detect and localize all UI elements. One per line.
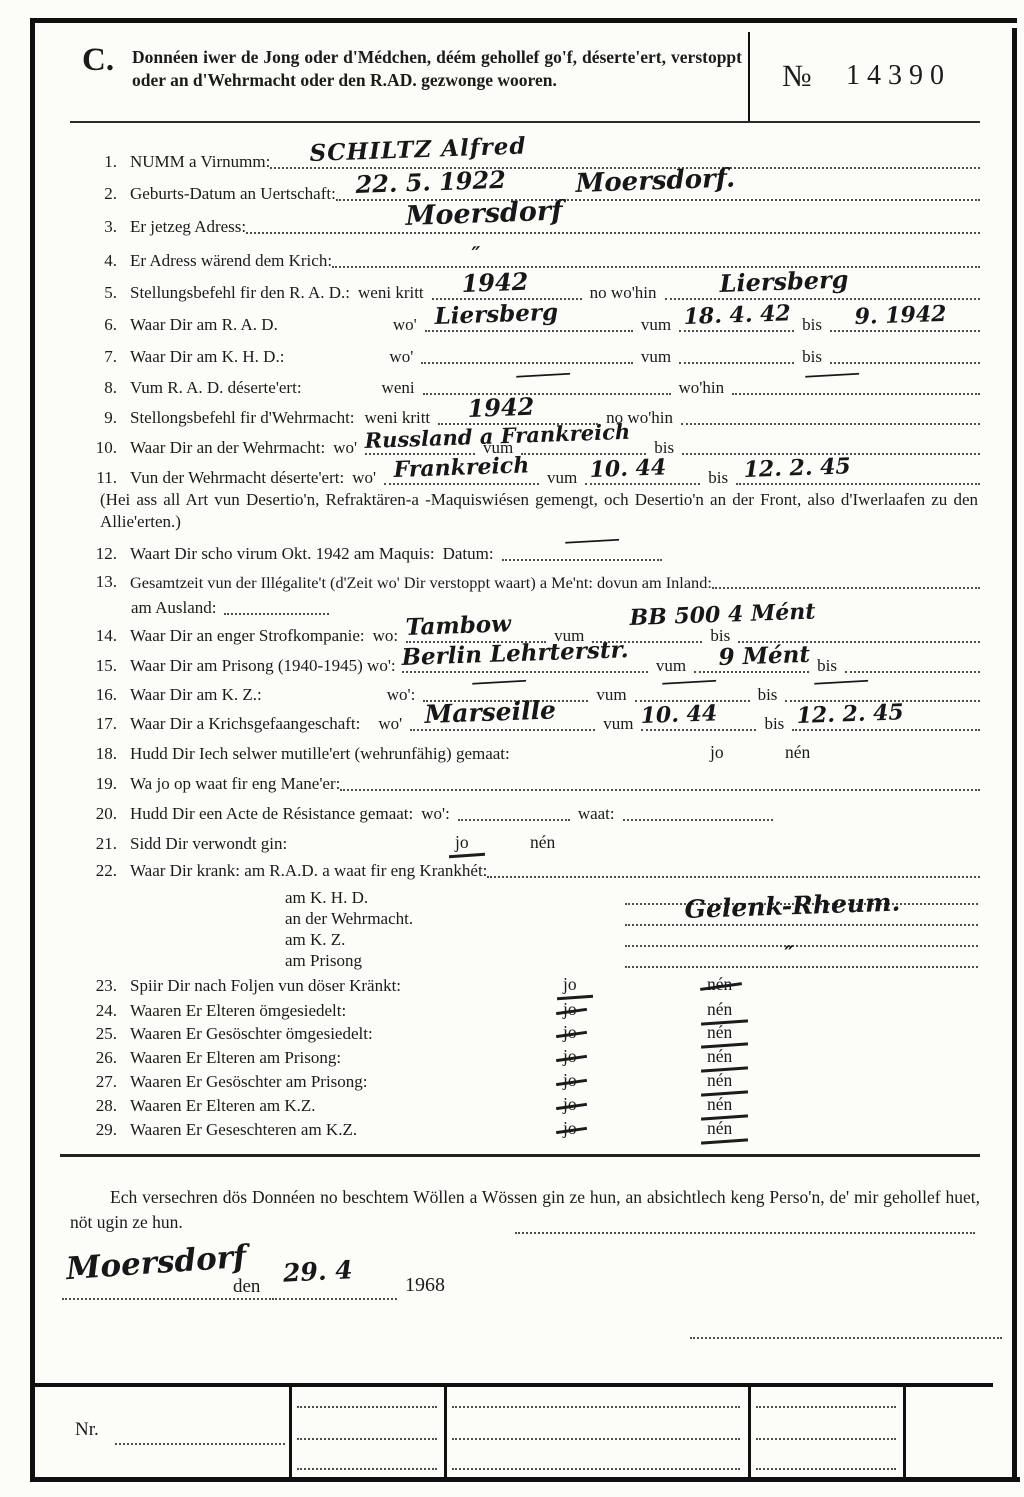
item-label: am Ausland: xyxy=(131,599,216,618)
field-sublabel: weni xyxy=(382,379,415,398)
handwritten-value: Moersdorf. xyxy=(575,165,735,197)
jo-option: jo xyxy=(455,833,469,852)
field-dots xyxy=(521,450,646,455)
frame-top-line xyxy=(30,18,1017,23)
handwritten-value: Frankreich xyxy=(393,454,529,481)
item-label: Waaren Er Elteren am Prisong: xyxy=(130,1049,341,1068)
field-dots xyxy=(712,584,980,589)
table-cell-dotline xyxy=(452,1468,740,1470)
form-title: Donnéen iwer de Jong oder d'Médchen, déé… xyxy=(132,46,742,93)
item-number: 9. xyxy=(85,409,117,428)
field-dots: 10. 44 xyxy=(641,726,756,731)
item-number: 20. xyxy=(85,805,117,824)
field-dots: — xyxy=(502,556,662,561)
item-label: am Prisong xyxy=(285,952,362,971)
handwritten-dash: — xyxy=(807,666,873,696)
field-sublabel: wo': xyxy=(421,805,450,824)
table-cell-dotline xyxy=(297,1406,437,1408)
field-sublabel: vum xyxy=(603,715,633,734)
item-number: 28. xyxy=(85,1097,117,1116)
field-dots: 12. 2. 45 xyxy=(736,480,980,485)
item-number: 12. xyxy=(85,545,117,564)
nen-option: nén xyxy=(707,1095,732,1114)
field-sublabel: wo' xyxy=(393,316,417,335)
form-item-18: 18. Hudd Dir Iech selwer mutille'ert (we… xyxy=(85,740,980,764)
table-cell-dotline xyxy=(756,1438,896,1440)
table-vline-4 xyxy=(903,1385,906,1477)
field-dots: ″ xyxy=(625,963,978,968)
nen-option: nén xyxy=(707,975,732,994)
item-label: Waaren Er Gesöschter am Prisong: xyxy=(130,1073,368,1092)
field-sublabel: vum xyxy=(547,469,577,488)
declaration-dotline xyxy=(515,1232,975,1234)
jo-option: jo xyxy=(563,1095,577,1114)
jo-option: jo xyxy=(563,1119,577,1138)
item-label: Waart Dir scho virum Okt. 1942 am Maquis… xyxy=(130,545,435,564)
form-item-20: 20. Hudd Dir een Acte de Résistance gema… xyxy=(85,800,980,824)
field-dots: ″ xyxy=(332,263,980,268)
form-item-29: 29. Waaren Er Geseschteren am K.Z. jo né… xyxy=(85,1116,980,1140)
item-label: Waar Dir am K. Z.: xyxy=(130,686,262,705)
field-sublabel: wo' xyxy=(378,715,402,734)
item-label: Waar Dir am R. A. D. xyxy=(130,316,278,335)
field-sublabel: vum xyxy=(596,686,626,705)
form-number: 14390 xyxy=(846,60,951,92)
nen-option: nén xyxy=(707,1071,732,1090)
nen-option: nén xyxy=(707,1023,732,1042)
item-label: Waar Dir am K. H. D.: xyxy=(130,348,284,367)
item-number: 21. xyxy=(85,835,117,854)
handwritten-value: 1942 xyxy=(467,395,535,421)
item-label: Waaren Er Elteren am K.Z. xyxy=(130,1097,316,1116)
table-vline-1 xyxy=(289,1385,292,1477)
handwritten-ditto-mark: ″ xyxy=(471,244,481,264)
item-number: 6. xyxy=(85,316,117,335)
field-dots: — xyxy=(423,390,671,395)
handwritten-dash: — xyxy=(656,666,722,696)
handwritten-value: 12. 2. 45 xyxy=(743,455,851,481)
item-number: 16. xyxy=(85,686,117,705)
item-number: 18. xyxy=(85,745,117,764)
field-sublabel: no wo'hin xyxy=(590,284,657,303)
item-label: Waar Dir an enger Strofkompanie: xyxy=(130,627,365,646)
form-item-22-sub-prisong: am Prisong ″ xyxy=(285,947,978,971)
field-sublabel: bis xyxy=(758,686,778,705)
field-dots: Liersberg xyxy=(425,327,633,332)
handwritten-value: 9. 1942 xyxy=(854,303,947,328)
field-sublabel: waat: xyxy=(578,805,615,824)
field-dots: Moersdorf xyxy=(246,229,980,234)
form-item-12: 12. Waart Dir scho virum Okt. 1942 am Ma… xyxy=(85,540,980,564)
item-number: 25. xyxy=(85,1025,117,1044)
declaration-text: Ech versechren dös Donnéen no beschtem W… xyxy=(70,1185,980,1236)
item-label: Waaren Er Gesöschter ömgesiedelt: xyxy=(130,1025,373,1044)
table-cell-dotline xyxy=(297,1468,437,1470)
table-cell-dotline xyxy=(297,1438,437,1440)
jo-option: jo xyxy=(563,975,577,994)
field-dots: 18. 4. 42 xyxy=(679,327,794,332)
handwritten-value: 12. 2. 45 xyxy=(797,701,905,727)
item-label: Stellungsbefehl fir den R. A. D.: xyxy=(130,284,350,303)
frame-right-line xyxy=(1012,28,1017,1482)
jo-option: jo xyxy=(710,743,724,762)
signature-year: 1968 xyxy=(405,1274,445,1296)
field-dots: 12. 2. 45 xyxy=(792,726,980,731)
item-label: Waar Dir krank: am R.A.D. a waat fir eng… xyxy=(130,862,487,881)
item-label: Waar Dir a Krichsgefaangeschaft: xyxy=(130,715,360,734)
table-cell-dotline xyxy=(452,1406,740,1408)
nen-option: nén xyxy=(707,1119,732,1138)
item-number: 15. xyxy=(85,657,117,676)
field-dots xyxy=(487,873,980,878)
field-dots xyxy=(623,816,773,821)
numero-sign: № xyxy=(782,58,812,94)
item-label: Waar Dir am Prisong (1940-1945) wo': xyxy=(130,657,396,676)
jo-option: jo xyxy=(563,1071,577,1090)
item-label: Er jetzeg Adress: xyxy=(130,218,246,237)
field-dots: Frankreich xyxy=(384,480,539,485)
field-dots xyxy=(458,816,570,821)
item-number: 19. xyxy=(85,775,117,794)
field-dots xyxy=(224,610,329,615)
item-label: Gesamtzeit vun der Illégalite't (d'Zeit … xyxy=(130,574,712,592)
item-label: NUMM a Virnumm: xyxy=(130,153,270,172)
jo-option: jo xyxy=(563,1047,577,1066)
form-item-11: 11. Vun der Wehrmacht déserte'ert: wo' F… xyxy=(85,464,980,488)
item-number: 4. xyxy=(85,252,117,271)
handwritten-value-above: BB 500 4 Mént xyxy=(629,601,816,629)
section-separator-line xyxy=(60,1154,980,1157)
item-label: Vum R. A. D. déserte'ert: xyxy=(130,379,302,398)
jo-option: jo xyxy=(563,1023,577,1042)
item-number: 26. xyxy=(85,1049,117,1068)
item-number: 7. xyxy=(85,348,117,367)
form-item-19: 19. Wa jo op waat fir eng Mane'er: xyxy=(85,770,980,794)
field-dots: 10. 44 xyxy=(585,480,700,485)
handwritten-dash: — xyxy=(510,359,576,389)
item-number: 22. xyxy=(85,862,117,881)
form-item-24: 24. Waaren Er Elteren ömgesiedelt: jo né… xyxy=(85,997,980,1021)
item-label: Sidd Dir verwondt gin: xyxy=(130,835,287,854)
item-label: Hudd Dir Iech selwer mutille'ert (wehrun… xyxy=(130,745,510,764)
handwritten-dash: — xyxy=(466,666,532,696)
item-label: Waaren Er Geseschteren am K.Z. xyxy=(130,1121,357,1140)
form-item-26: 26. Waaren Er Elteren am Prisong: jo nén xyxy=(85,1044,980,1068)
handwritten-value: 22. 5. 1922 xyxy=(355,168,506,197)
signature-place: Moersdorf xyxy=(65,1242,247,1286)
item-number: 24. xyxy=(85,1002,117,1021)
item-label: Hudd Dir een Acte de Résistance gemaat: xyxy=(130,805,413,824)
nen-option: nén xyxy=(530,833,555,852)
section-letter: C. xyxy=(82,42,114,79)
header-separator-line xyxy=(70,121,980,123)
signature-place-dotline xyxy=(62,1298,274,1300)
header-divider-line xyxy=(748,32,750,122)
nr-dotline xyxy=(115,1443,285,1445)
field-sublabel: wo' xyxy=(389,348,413,367)
form-item-13b: am Ausland: xyxy=(131,594,381,618)
item-number: 29. xyxy=(85,1121,117,1140)
handwritten-value: Tambow xyxy=(405,612,511,639)
item-label: Vun der Wehrmacht déserte'ert: xyxy=(130,469,344,488)
table-cell-dotline xyxy=(452,1438,740,1440)
date-label: den xyxy=(233,1277,260,1298)
item-number: 14. xyxy=(85,627,117,646)
jo-option: jo xyxy=(563,1000,577,1019)
field-sublabel: wo' xyxy=(333,439,357,458)
field-sublabel: vum xyxy=(641,316,671,335)
field-sublabel: Datum: xyxy=(443,545,494,564)
form-item-1: 1. NUMM a Virnumm: SCHILTZ Alfred xyxy=(85,148,980,172)
field-dots xyxy=(340,786,980,791)
field-sublabel: bis xyxy=(764,715,784,734)
field-dots xyxy=(681,420,980,425)
handwritten-ditto-mark: ″ xyxy=(784,943,794,964)
frame-bottom-line xyxy=(30,1477,1020,1482)
item-label: Spiir Dir nach Foljen vun döser Kränkt: xyxy=(130,977,401,996)
handwritten-dash: — xyxy=(799,359,865,389)
item-number: 17. xyxy=(85,715,117,734)
form-item-25: 25. Waaren Er Gesöschter ömgesiedelt: jo… xyxy=(85,1020,980,1044)
form-item-28: 28. Waaren Er Elteren am K.Z. jo nén xyxy=(85,1092,980,1116)
handwritten-value: 10. 44 xyxy=(641,702,718,727)
item-note: (Hei ass all Art vun Desertio'n, Refrakt… xyxy=(100,489,978,533)
table-vline-3 xyxy=(748,1385,751,1477)
field-dots xyxy=(679,359,794,364)
form-item-22: 22. Waar Dir krank: am R.A.D. a waat fir… xyxy=(85,857,980,881)
item-number: 27. xyxy=(85,1073,117,1092)
form-item-23: 23. Spiir Dir nach Foljen vun döser Krän… xyxy=(85,972,980,996)
field-dots: 1942 xyxy=(432,295,582,300)
item-number: 13. xyxy=(85,573,117,592)
field-sublabel: bis xyxy=(802,316,822,335)
item-label: Wa jo op waat fir eng Mane'er: xyxy=(130,775,340,794)
item-number: 1. xyxy=(85,153,117,172)
handwritten-value: 10. 44 xyxy=(589,456,666,481)
nen-option: nén xyxy=(785,743,810,762)
item-number: 5. xyxy=(85,284,117,303)
table-cell-dotline xyxy=(756,1406,896,1408)
table-cell-dotline xyxy=(756,1468,896,1470)
signature-date-dotline xyxy=(272,1298,397,1300)
item-number: 11. xyxy=(85,469,117,488)
handwritten-value: SCHILTZ Alfred xyxy=(310,134,528,165)
form-item-27: 27. Waaren Er Gesöschter am Prisong: jo … xyxy=(85,1068,980,1092)
handwritten-dash: — xyxy=(558,525,624,555)
item-number: 10. xyxy=(85,439,117,458)
table-vline-2 xyxy=(444,1385,447,1477)
form-item-3: 3. Er jetzeg Adress: Moersdorf xyxy=(85,213,980,237)
item-number: 23. xyxy=(85,977,117,996)
handwritten-value: Liersberg xyxy=(434,301,558,328)
item-label: Er Adress wärend dem Krich: xyxy=(130,252,332,271)
item-label: Waaren Er Elteren ömgesiedelt: xyxy=(130,1002,346,1021)
right-signature-dotline xyxy=(690,1337,1002,1339)
field-dots: Liersberg xyxy=(665,295,981,300)
field-sublabel: wo: xyxy=(373,627,399,646)
field-sublabel: weni kritt xyxy=(358,284,424,303)
handwritten-value: Moersdorf xyxy=(405,198,563,230)
handwritten-value: 9 Mént xyxy=(718,643,810,669)
field-dots: Marseille xyxy=(410,726,595,731)
field-dots: — xyxy=(732,390,980,395)
handwritten-value: Liersberg xyxy=(719,268,849,296)
form-item-17: 17. Waar Dir a Krichsgefaangeschaft: wo'… xyxy=(85,710,980,734)
form-item-6: 6. Waar Dir am R. A. D. wo' Liersberg vu… xyxy=(85,311,980,335)
nr-label: Nr. xyxy=(75,1420,99,1441)
item-label: Stellongsbefehl fir d'Wehrmacht: xyxy=(130,409,355,428)
signature-date: 29. 4 xyxy=(282,1257,353,1286)
field-sublabel: bis xyxy=(708,469,728,488)
table-top-line xyxy=(30,1383,993,1387)
item-number: 8. xyxy=(85,379,117,398)
field-dots: 9. 1942 xyxy=(830,327,980,332)
item-label: Waar Dir an der Wehrmacht: xyxy=(130,439,325,458)
item-number: 2. xyxy=(85,185,117,204)
handwritten-value: Gelenk-Rheum. xyxy=(684,889,900,922)
field-sublabel: wo'hin xyxy=(679,379,725,398)
nen-option: nén xyxy=(707,1000,732,1019)
field-sublabel: wo' xyxy=(352,469,376,488)
field-sublabel: wo': xyxy=(387,686,416,705)
scanned-form-page: C. Donnéen iwer de Jong oder d'Médchen, … xyxy=(0,0,1024,1497)
handwritten-value: 1942 xyxy=(461,270,529,296)
form-item-21: 21. Sidd Dir verwondt gin: jo nén xyxy=(85,830,980,854)
field-sublabel: vum xyxy=(641,348,671,367)
item-number: 3. xyxy=(85,218,117,237)
frame-left-line xyxy=(30,18,35,1482)
nen-option: nén xyxy=(707,1047,732,1066)
handwritten-value: 18. 4. 42 xyxy=(683,302,791,328)
handwritten-value: Marseille xyxy=(424,697,556,727)
item-label: Geburts-Datum an Uertschaft: xyxy=(130,185,336,204)
form-item-13: 13. Gesamtzeit vun der Illégalite't (d'Z… xyxy=(85,568,980,592)
